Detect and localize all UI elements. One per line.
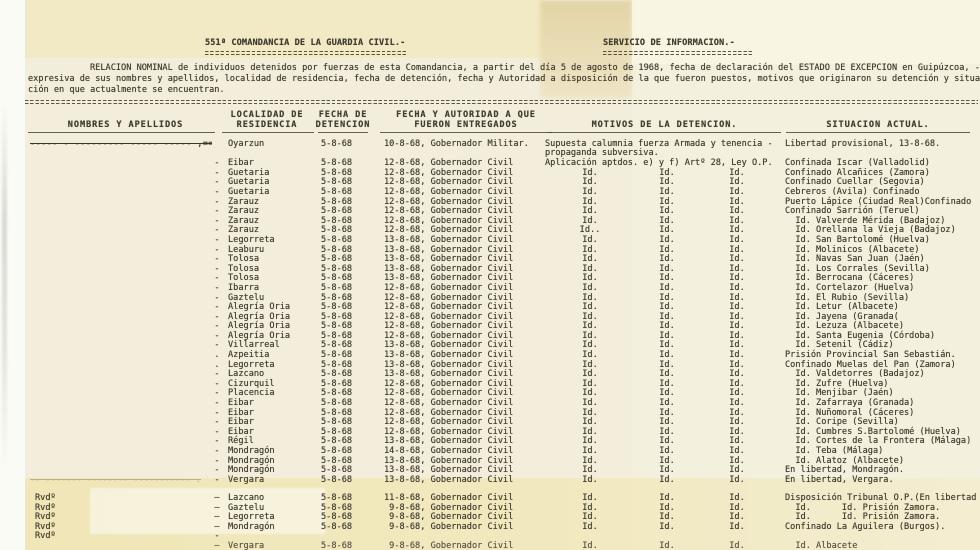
honorific-prefix: Rvdº [35, 532, 56, 542]
situation-cell: En libertad, Vergara. [785, 476, 894, 486]
stain-top-yellow [25, 0, 545, 58]
detention-date-cell: 5-8-68 [321, 523, 352, 533]
header-underline-date [318, 132, 368, 133]
motive-id-cell: Id. [647, 542, 687, 550]
motive-id-cell: Id. [570, 523, 610, 533]
situation-cell: Id. Albacete [785, 542, 857, 550]
locality-cell: Vergara [228, 542, 264, 550]
header-underline-situation [786, 132, 970, 133]
motive-id-cell: Id. [647, 476, 687, 486]
detention-date-cell: 5-8-68 [321, 476, 352, 486]
table-row: -- ------- -------- ----------- .-Vergar… [0, 476, 980, 486]
separator-line [25, 100, 978, 106]
header-handover-b: FUERON ENTREGADOS [380, 121, 552, 131]
detention-date-cell: 5-8-68 [321, 542, 352, 550]
locality-cell: Vergara [228, 476, 264, 486]
row-dash: — [207, 542, 227, 550]
redacted-name: ----- - --------- ----- ----- ,=========… [30, 140, 212, 150]
motive-cell: Supuesta calumnia fuerza Armada y tenenc… [545, 140, 783, 159]
intro-line-2: expresiva de sus nombres y apellidos, lo… [28, 75, 980, 85]
service-title-underline [603, 51, 753, 57]
header-underline-handover [380, 132, 552, 133]
motive-id-cell: Id. [570, 542, 610, 550]
unit-title: 551ª COMANDANCIA DE LA GUARDIA CIVIL.- [205, 39, 405, 49]
header-situation: SITUACION ACTUAL. [786, 121, 970, 131]
motive-id-cell: Id. [647, 523, 687, 533]
unit-title-underline [205, 51, 408, 57]
table-row: Rvdº—Mondragón5-8-68 9-8-68, Gobernador … [0, 523, 980, 533]
header-names: NOMBRES Y APELLIDOS [28, 121, 223, 131]
header-motives: MOTIVOS DE LA DETENCION. [548, 121, 781, 131]
document-page: 551ª COMANDANCIA DE LA GUARDIA CIVIL.- S… [0, 0, 980, 550]
handover-cell: 13-8-68, Gobernador Civil [384, 476, 513, 486]
motive-id-cell: Id. [570, 476, 610, 486]
header-underline-motives [548, 132, 781, 133]
header-locality-b: RESIDENCIA [217, 121, 317, 131]
redacted-name: -- ------- -------- ----------- . [30, 476, 212, 486]
motive-id-cell: Id. [717, 476, 757, 486]
motive-id-cell: Id. [717, 523, 757, 533]
clergy-table: Rvdº—Lazcano5-8-6811-8-68, Gobernador Ci… [0, 494, 980, 550]
motive-id-cell: Id. [717, 542, 757, 550]
header-date-b: DETENCION [315, 121, 371, 131]
locality-cell: Oyarzun [228, 140, 264, 150]
detainee-table: ----- - --------- ----- ----- ,=========… [0, 140, 980, 485]
situation-cell: Confinado La Aguilera (Burgos). [785, 523, 945, 533]
service-title: SERVICIO DE INFORMACION.- [603, 39, 735, 49]
table-row: —Vergara5-8-68 9-8-68, Gobernador CivilI… [0, 542, 980, 550]
handover-cell: 9-8-68, Gobernador Civil [384, 523, 513, 533]
header-underline-names [28, 132, 215, 133]
detention-date-cell: 5-8-68 [321, 140, 352, 150]
intro-line-3: ción en que actualmente se encuentran. [28, 86, 225, 96]
table-header: NOMBRES Y APELLIDOS LOCALIDAD DE RESIDEN… [0, 108, 980, 142]
table-row: ----- - --------- ----- ----- ,=========… [0, 140, 980, 159]
row-dash: - [207, 476, 227, 486]
handover-cell: 9-8-68, Gobernador Civil [384, 542, 513, 550]
handover-cell: 10-8-68, Gobernador Militar. [384, 140, 529, 150]
locality-cell: Mondragón [228, 523, 275, 533]
situation-cell: Libertad provisional, 13-8-68. [785, 140, 940, 150]
header-underline-locality [222, 132, 314, 133]
intro-line-1: RELACION NOMINAL de individuos detenidos… [90, 64, 980, 74]
